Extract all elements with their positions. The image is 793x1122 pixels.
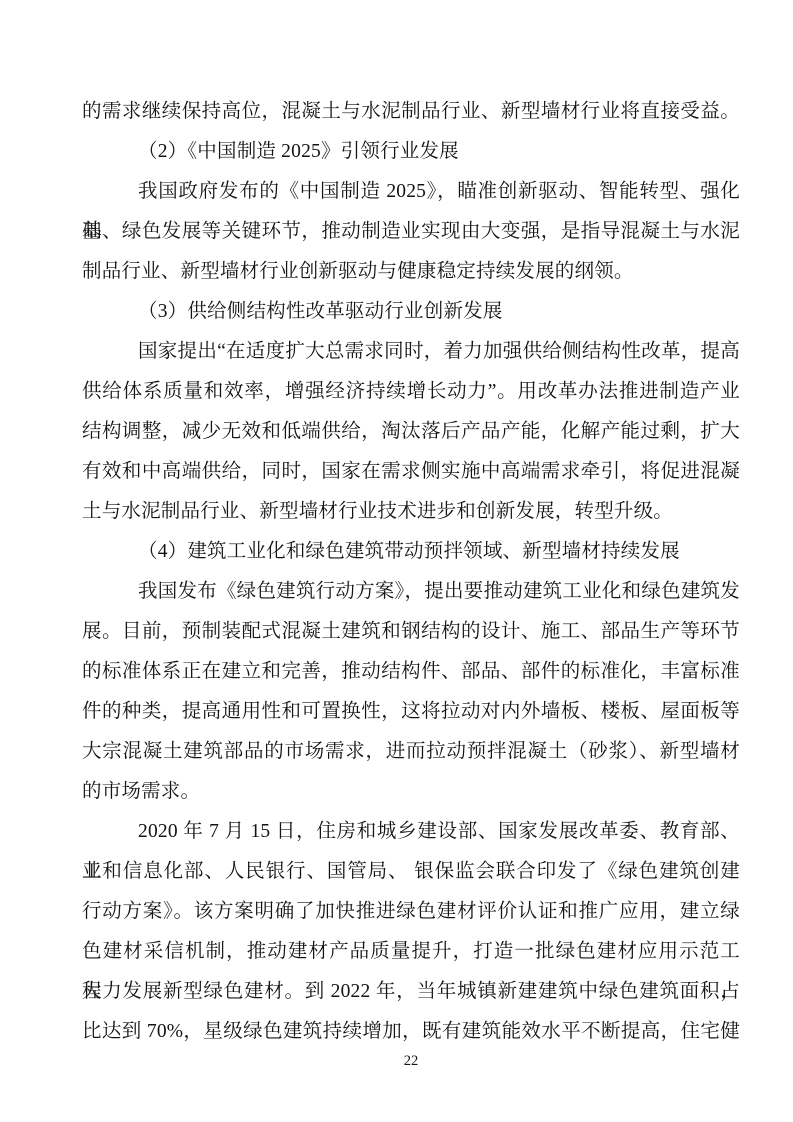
paragraph: 我国发布《绿色建筑行动方案》，提出要推动建筑工业化和绿色建筑发展。目前，预制装配… [82, 572, 740, 812]
text-line: （2）《中国制造 2025》引领行业发展 [82, 132, 740, 172]
page-footer: 22 [82, 1050, 740, 1072]
text-line: 的市场需求。 [82, 772, 740, 812]
text-line: 供给体系质量和效率，增强经济持续增长动力”。用改革办法推进制造产业 [82, 372, 740, 412]
text-line: 有效和中高端供给，同时，国家在需求侧实施中高端需求牵引，将促进混凝 [82, 452, 740, 492]
text-line: 结构调整，减少无效和低端供给，淘汰落后产品产能，化解产能过剩，扩大 [82, 412, 740, 452]
paragraph: 的需求继续保持高位，混凝土与水泥制品行业、新型墙材行业将直接受益。 [82, 92, 740, 132]
text-line: 土与水泥制品行业、新型墙材行业技术进步和创新发展，转型升级。 [82, 492, 740, 532]
text-line: （3）供给侧结构性改革驱动行业创新发展 [82, 292, 740, 332]
text-line: 础、绿色发展等关键环节，推动制造业实现由大变强，是指导混凝土与水泥 [82, 212, 740, 252]
paragraph: 2020 年 7 月 15 日，住房和城乡建设部、国家发展改革委、教育部、工业和… [82, 812, 740, 1052]
paragraph: 我国政府发布的《中国制造 2025》，瞄准创新驱动、智能转型、强化基础、绿色发展… [82, 172, 740, 292]
text-line: 的需求继续保持高位，混凝土与水泥制品行业、新型墙材行业将直接受益。 [82, 92, 740, 132]
paragraph: （2）《中国制造 2025》引领行业发展 [82, 132, 740, 172]
text-line: 我国政府发布的《中国制造 2025》，瞄准创新驱动、智能转型、强化基 [82, 172, 740, 212]
paragraph: （4）建筑工业化和绿色建筑带动预拌领域、新型墙材持续发展 [82, 532, 740, 572]
text-line: 业和信息化部、人民银行、国管局、 银保监会联合印发了《绿色建筑创建 [82, 852, 740, 892]
paragraph: 国家提出“在适度扩大总需求同时，着力加强供给侧结构性改革，提高供给体系质量和效率… [82, 332, 740, 532]
text-line: 2020 年 7 月 15 日，住房和城乡建设部、国家发展改革委、教育部、工 [82, 812, 740, 852]
text-line: 国家提出“在适度扩大总需求同时，着力加强供给侧结构性改革，提高 [82, 332, 740, 372]
text-line: 大宗混凝土建筑部品的市场需求，进而拉动预拌混凝土（砂浆）、新型墙材 [82, 732, 740, 772]
text-block: 的需求继续保持高位，混凝土与水泥制品行业、新型墙材行业将直接受益。（2）《中国制… [82, 92, 740, 1052]
text-line: 我国发布《绿色建筑行动方案》，提出要推动建筑工业化和绿色建筑发 [82, 572, 740, 612]
text-line: 大力发展新型绿色建材。到 2022 年，当年城镇新建建筑中绿色建筑面积占 [82, 972, 740, 1012]
text-line: 比达到 70%，星级绿色建筑持续增加，既有建筑能效水平不断提高，住宅健 [82, 1012, 740, 1052]
text-line: 展。目前，预制装配式混凝土建筑和钢结构的设计、施工、部品生产等环节 [82, 612, 740, 652]
text-line: 行动方案》。该方案明确了加快推进绿色建材评价认证和推广应用，建立绿 [82, 892, 740, 932]
text-line: 的标准体系正在建立和完善，推动结构件、部品、部件的标准化，丰富标准 [82, 652, 740, 692]
paragraph: （3）供给侧结构性改革驱动行业创新发展 [82, 292, 740, 332]
text-line: 制品行业、新型墙材行业创新驱动与健康稳定持续发展的纲领。 [82, 252, 740, 292]
document-page: 的需求继续保持高位，混凝土与水泥制品行业、新型墙材行业将直接受益。（2）《中国制… [0, 0, 793, 1122]
page-number: 22 [404, 1053, 419, 1069]
text-line: （4）建筑工业化和绿色建筑带动预拌领域、新型墙材持续发展 [82, 532, 740, 572]
text-line: 件的种类，提高通用性和可置换性，这将拉动对内外墙板、楼板、屋面板等 [82, 692, 740, 732]
text-line: 色建材采信机制，推动建材产品质量提升，打造一批绿色建材应用示范工程， [82, 932, 740, 972]
